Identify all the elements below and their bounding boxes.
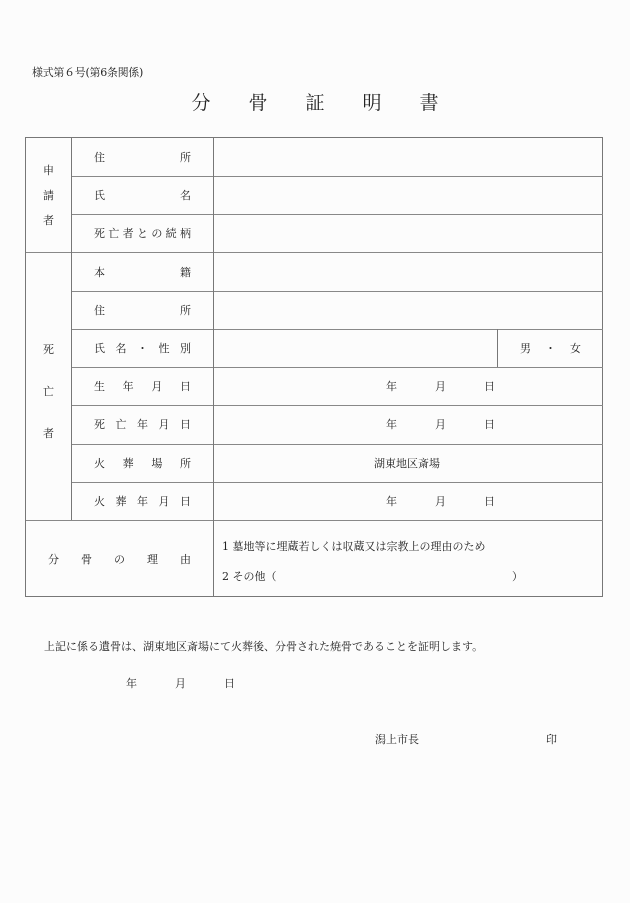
applicant-address-label: 住所 xyxy=(72,138,213,176)
deceased-name-field[interactable] xyxy=(214,329,497,367)
cremation-place-label: 火葬場所 xyxy=(72,444,213,482)
sex-option-male[interactable]: 男 xyxy=(520,340,531,356)
form-number: 様式第６号(第6条関係) xyxy=(32,64,143,80)
page-title: 分骨証明書 xyxy=(0,88,630,115)
title-char: 骨 xyxy=(248,88,267,115)
seal-mark: 印 xyxy=(546,731,557,747)
title-char: 証 xyxy=(305,88,324,115)
deceased-name-sex-label: 氏名・性別 xyxy=(72,329,213,367)
deceased-domicile-field[interactable] xyxy=(214,253,603,291)
applicant-relationship-field[interactable] xyxy=(214,214,603,252)
sex-option-female[interactable]: 女 xyxy=(570,340,581,356)
sex-separator: ・ xyxy=(545,340,556,356)
certification-statement: 上記に係る遺骨は、湖東地区斎場にて火葬後、分骨された焼骨であることを証明します。 xyxy=(44,638,483,654)
death-date-label: 死亡年月日 xyxy=(72,405,213,443)
reason-option-1[interactable]: 1 墓地等に埋蔵若しくは収蔵又は宗教上の理由のため xyxy=(222,538,486,554)
title-char: 明 xyxy=(363,88,382,115)
title-char: 書 xyxy=(420,88,439,115)
cremation-place-field[interactable]: 湖東地区斎場 xyxy=(214,444,603,482)
reason-other-close: ） xyxy=(512,568,523,584)
applicant-name-field[interactable] xyxy=(214,176,603,214)
applicant-group-label: 申 請 者 xyxy=(26,162,71,228)
applicant-address-field[interactable] xyxy=(214,138,603,176)
deceased-address-label: 住所 xyxy=(72,291,213,329)
birth-date-field[interactable]: 年月日 xyxy=(214,367,603,405)
cremation-date-field[interactable]: 年月日 xyxy=(214,482,603,520)
issue-date[interactable]: 年 月 日 xyxy=(126,675,235,691)
title-char: 分 xyxy=(191,88,210,115)
deceased-address-field[interactable] xyxy=(214,291,603,329)
applicant-name-label: 氏名 xyxy=(72,176,213,214)
certificate-table: 申 請 者 住所 氏名 死亡者との続柄 死 亡 者 本籍 住所 氏名・性別 男 … xyxy=(25,137,603,597)
reason-option-2[interactable]: 2 その他（ ） xyxy=(222,568,522,584)
sex-selector[interactable]: 男 ・ 女 xyxy=(498,329,603,367)
reason-label: 分骨の理由 xyxy=(26,521,213,597)
deceased-domicile-label: 本籍 xyxy=(72,253,213,291)
death-date-field[interactable]: 年月日 xyxy=(214,405,603,443)
cremation-date-label: 火葬年月日 xyxy=(72,482,213,520)
birth-date-label: 生年月日 xyxy=(72,367,213,405)
deceased-group-label: 死 亡 者 xyxy=(26,341,71,441)
applicant-relationship-label: 死亡者との続柄 xyxy=(72,214,213,252)
issuer-name: 潟上市長 xyxy=(375,731,419,747)
